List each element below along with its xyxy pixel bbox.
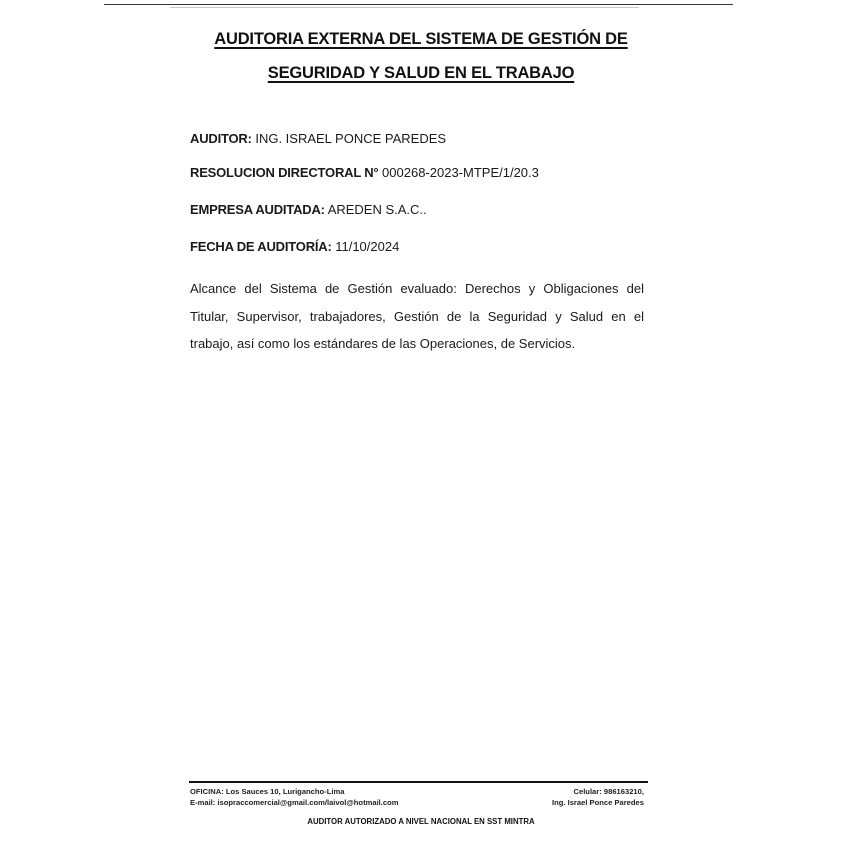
- auditor-value: ING. ISRAEL PONCE PAREDES: [252, 131, 446, 146]
- footer-name: Ing. Israel Ponce Paredes: [552, 797, 644, 808]
- footer-contact: OFICINA: Los Sauces 10, Lurigancho-Lima …: [190, 786, 399, 808]
- resolution-field: RESOLUCION DIRECTORAL N° 000268-2023-MTP…: [190, 165, 539, 180]
- audit-date-label: FECHA DE AUDITORÍA:: [190, 239, 332, 254]
- resolution-value: 000268-2023-MTPE/1/20.3: [378, 165, 538, 180]
- footer-email: E-mail: isopraccomercial@gmail.com/laivo…: [190, 797, 399, 808]
- footer-authorization: AUDITOR AUTORIZADO A NIVEL NACIONAL EN S…: [0, 817, 842, 826]
- document-title-line-2: SEGURIDAD Y SALUD EN EL TRABAJO: [0, 64, 842, 83]
- company-field: EMPRESA AUDITADA: AREDEN S.A.C..: [190, 202, 427, 217]
- scope-line: Alcance del Sistema de Gestión evaluado:…: [190, 275, 644, 303]
- company-label: EMPRESA AUDITADA:: [190, 202, 325, 217]
- company-value: AREDEN S.A.C..: [325, 202, 427, 217]
- footer-auditor: Celular: 986163210, Ing. Israel Ponce Pa…: [552, 786, 644, 808]
- auditor-field: AUDITOR: ING. ISRAEL PONCE PAREDES: [190, 131, 446, 146]
- auditor-label: AUDITOR:: [190, 131, 252, 146]
- footer-office: OFICINA: Los Sauces 10, Lurigancho-Lima: [190, 786, 399, 797]
- footer-phone: Celular: 986163210,: [552, 786, 644, 797]
- scope-line: Titular, Supervisor, trabajadores, Gesti…: [190, 303, 644, 331]
- scope-paragraph: Alcance del Sistema de Gestión evaluado:…: [190, 275, 644, 358]
- document-title-line-1: AUDITORIA EXTERNA DEL SISTEMA DE GESTIÓN…: [0, 30, 842, 49]
- resolution-label: RESOLUCION DIRECTORAL N°: [190, 165, 378, 180]
- scope-line: trabajo, así como los estándares de las …: [190, 330, 644, 358]
- audit-date-value: 11/10/2024: [332, 239, 400, 254]
- header-rule-inner: [170, 7, 639, 8]
- audit-date-field: FECHA DE AUDITORÍA: 11/10/2024: [190, 239, 399, 254]
- header-rule: [104, 4, 733, 5]
- footer-rule: [189, 781, 648, 783]
